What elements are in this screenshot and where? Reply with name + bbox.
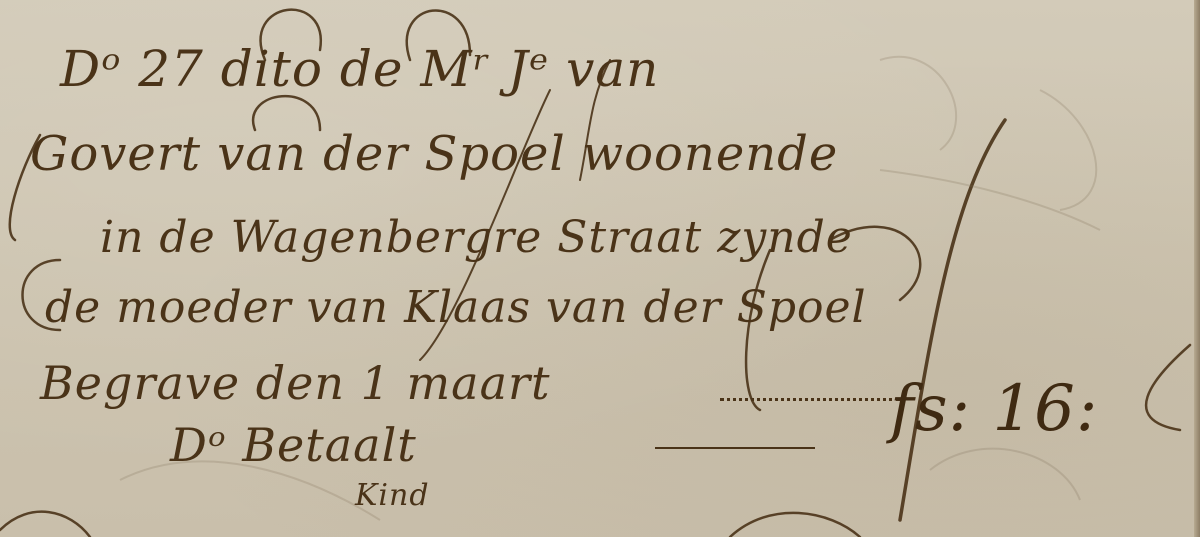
page-edge	[1194, 0, 1200, 537]
entry-line-2: Govert van der Spoel woonende	[30, 126, 838, 182]
leader-dots	[720, 398, 900, 403]
entry-line-1: Dᵒ 27 dito de Mʳ Jᵉ van	[60, 40, 659, 98]
manuscript-page: Dᵒ 27 dito de Mʳ Jᵉ van Govert van der S…	[0, 0, 1200, 537]
entry-line-6-paid: Dᵒ Betaalt	[170, 418, 417, 472]
leader-dash	[655, 447, 815, 449]
entry-line-5-burial-date: Begrave den 1 maart	[40, 356, 550, 410]
fee-amount: fs: 16:	[890, 372, 1098, 446]
entry-line-3: in de Wagenbergre Straat zynde	[100, 212, 853, 263]
entry-line-7-child-note: Kind	[355, 478, 430, 513]
entry-line-4: de moeder van Klaas van der Spoel	[45, 282, 867, 333]
